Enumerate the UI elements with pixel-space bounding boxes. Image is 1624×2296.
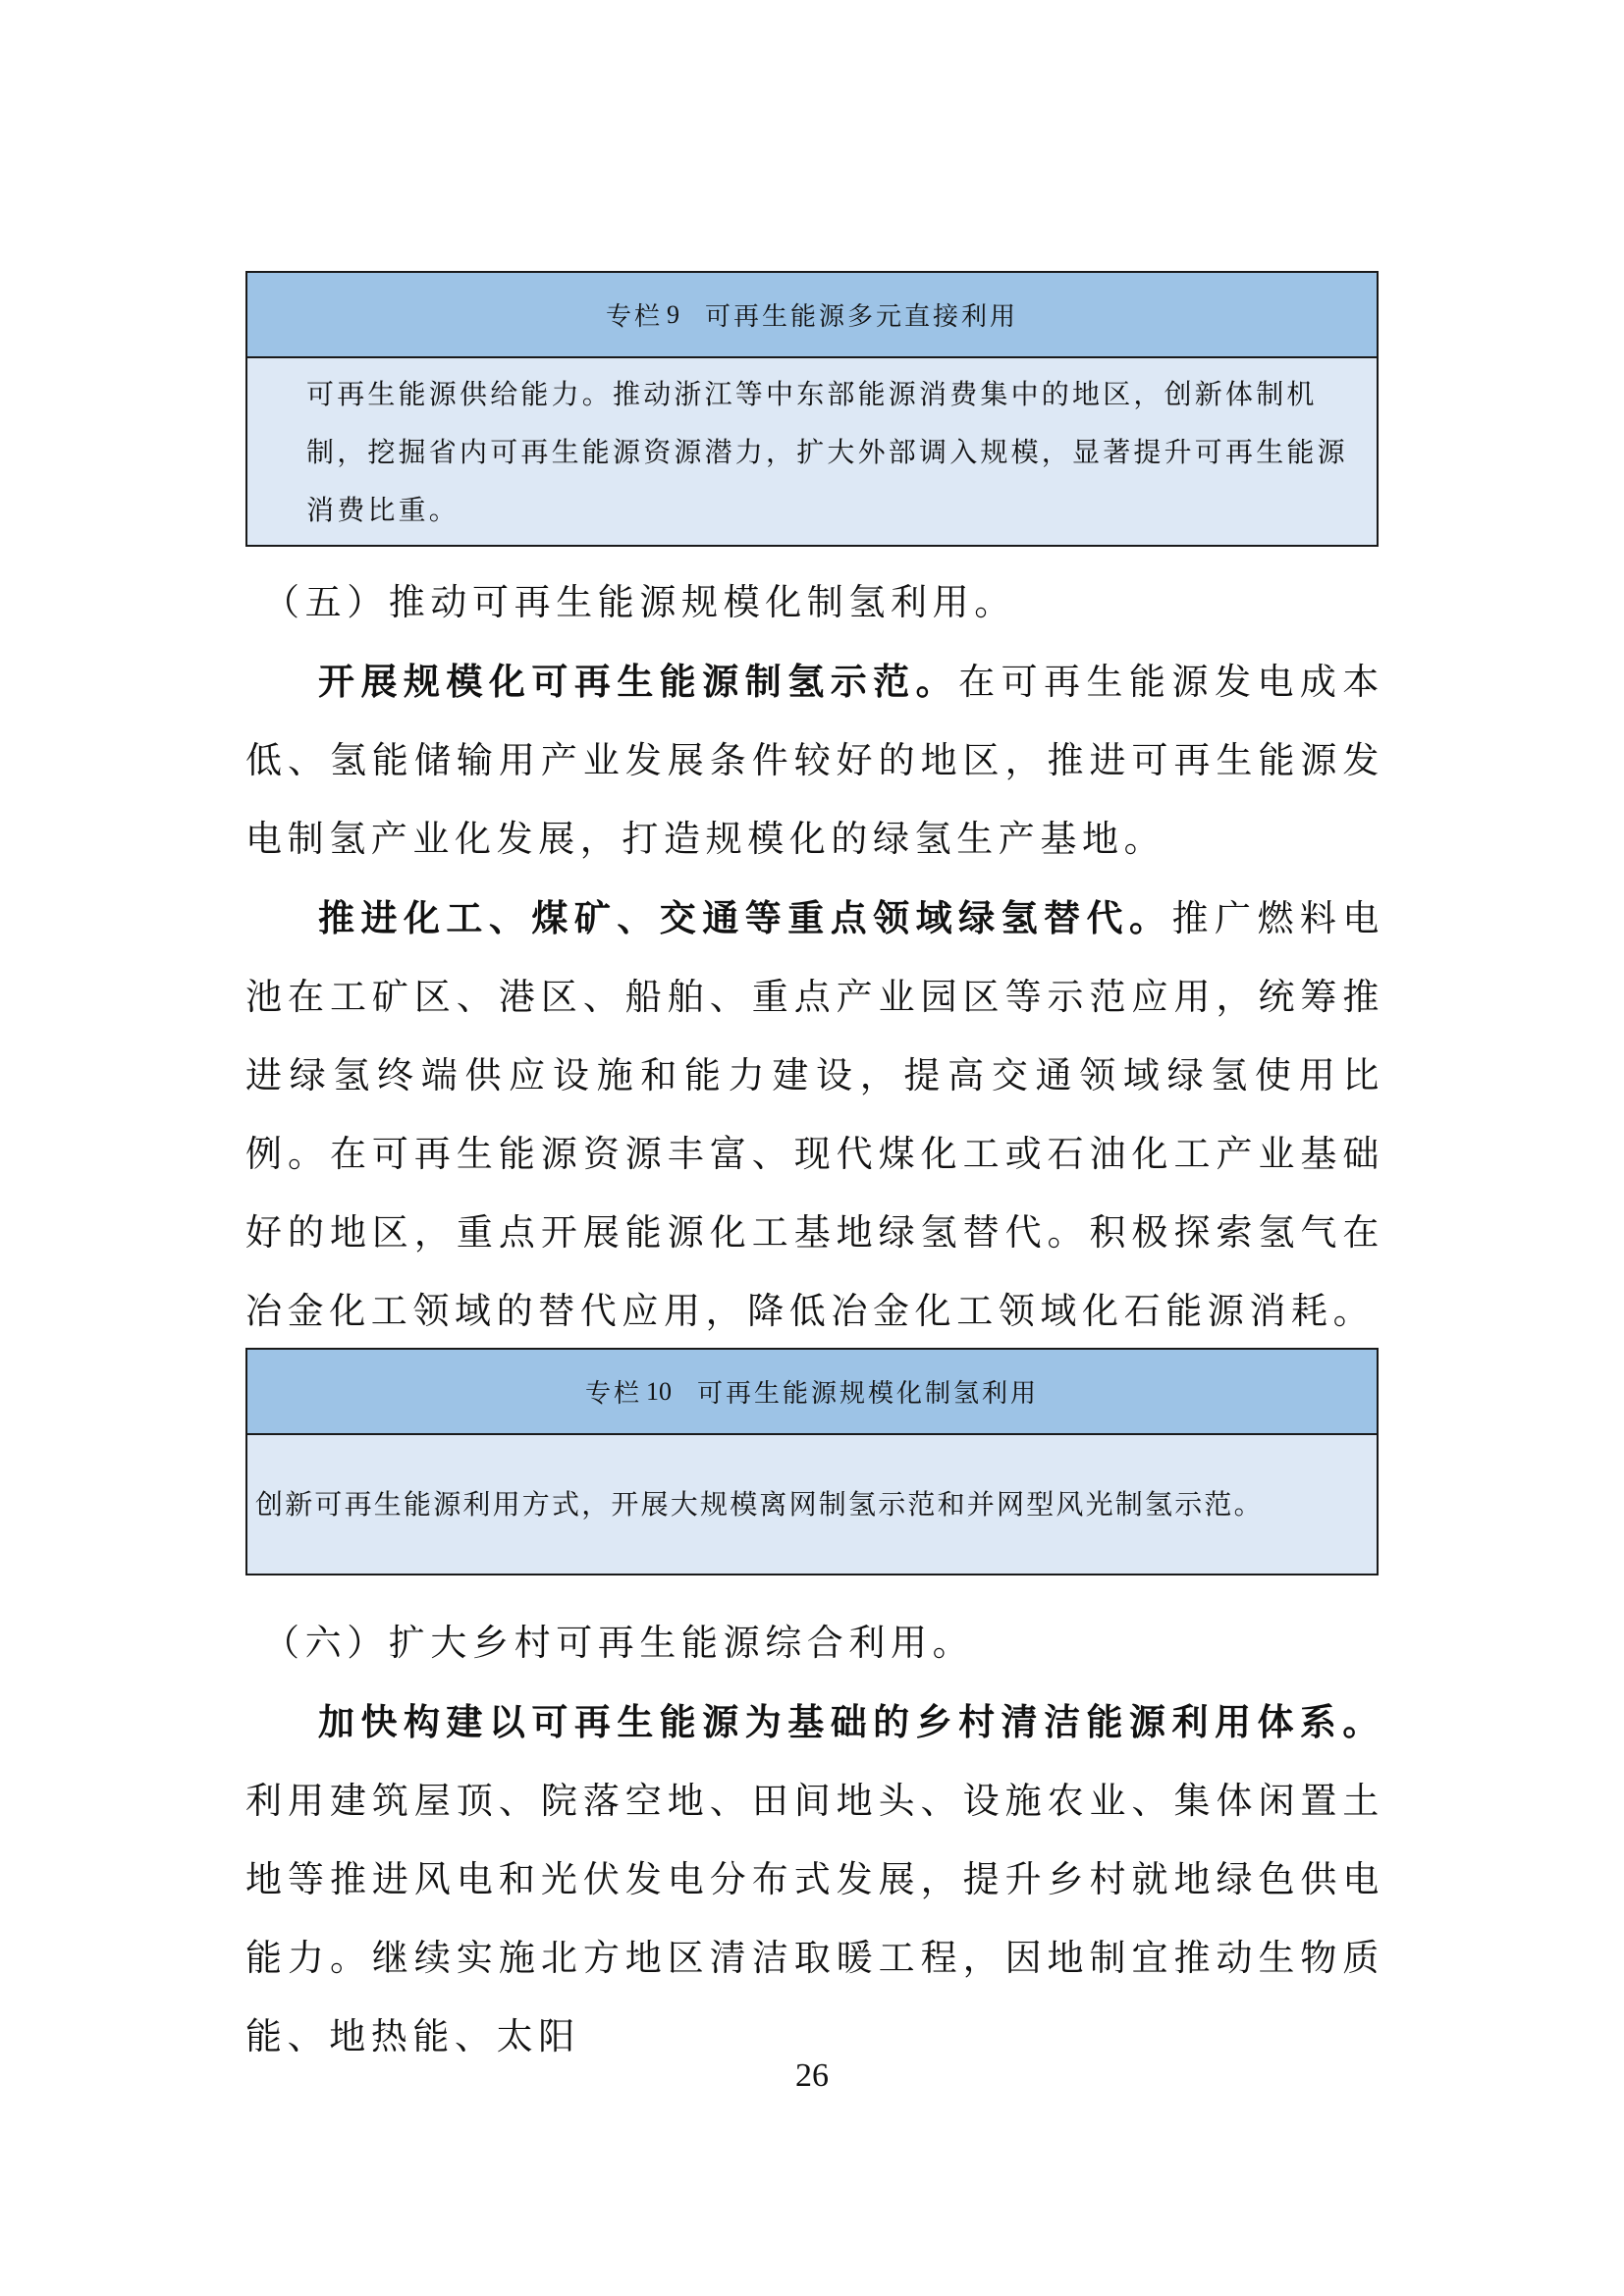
column-title: 可再生能源多元直接利用 bbox=[705, 296, 1018, 333]
column-box-10-header: 专栏 10 可再生能源规模化制氢利用 bbox=[247, 1350, 1377, 1435]
column-box-9-header: 专栏 9 可再生能源多元直接利用 bbox=[247, 273, 1377, 358]
paragraph-lead: 加快构建以可再生能源为基础的乡村清洁能源利用体系。 bbox=[318, 1700, 1384, 1743]
column-box-10-body: 创新可再生能源利用方式，开展大规模离网制氢示范和并网型风光制氢示范。 bbox=[247, 1435, 1377, 1574]
column-box-10: 专栏 10 可再生能源规模化制氢利用 创新可再生能源利用方式，开展大规模离网制氢… bbox=[245, 1348, 1379, 1575]
paragraph-lead: 推进化工、煤矿、交通等重点领域绿氢替代。 bbox=[318, 896, 1172, 939]
column-box-9-body: 可再生能源供给能力。推动浙江等中东部能源消费集中的地区，创新体制机制，挖掘省内可… bbox=[247, 358, 1377, 545]
section-5: （五）推动可再生能源规模化制氢利用。 开展规模化可再生能源制氢示范。在可再生能源… bbox=[245, 563, 1384, 1351]
page-number: 26 bbox=[0, 2057, 1624, 2095]
column-number: 9 bbox=[667, 300, 679, 330]
column-body-text: 创新可再生能源利用方式，开展大规模离网制氢示范和并网型风光制氢示范。 bbox=[255, 1475, 1264, 1533]
paragraph-text: 利用建筑屋顶、院落空地、田间地头、设施农业、集体闲置土地等推进风电和光伏发电分布… bbox=[245, 1780, 1384, 2057]
section-5-heading: （五）推动可再生能源规模化制氢利用。 bbox=[245, 563, 1384, 642]
paragraph: 开展规模化可再生能源制氢示范。在可再生能源发电成本低、氢能储输用产业发展条件较好… bbox=[245, 642, 1384, 879]
column-title: 可再生能源规模化制氢利用 bbox=[697, 1373, 1039, 1410]
paragraph-lead: 开展规模化可再生能源制氢示范。 bbox=[318, 660, 958, 703]
column-label: 专栏 bbox=[606, 296, 663, 333]
column-number: 10 bbox=[646, 1377, 672, 1407]
paragraph: 加快构建以可再生能源为基础的乡村清洁能源利用体系。利用建筑屋顶、院落空地、田间地… bbox=[245, 1682, 1384, 2076]
paragraph-text: 推广燃料电池在工矿区、港区、船舶、重点产业园区等示范应用，统筹推进绿氢终端供应设… bbox=[245, 897, 1384, 1332]
section-6: （六）扩大乡村可再生能源综合利用。 加快构建以可再生能源为基础的乡村清洁能源利用… bbox=[245, 1604, 1384, 2076]
paragraph: 推进化工、煤矿、交通等重点领域绿氢替代。推广燃料电池在工矿区、港区、船舶、重点产… bbox=[245, 879, 1384, 1351]
column-label: 专栏 bbox=[585, 1373, 642, 1410]
column-box-9: 专栏 9 可再生能源多元直接利用 可再生能源供给能力。推动浙江等中东部能源消费集… bbox=[245, 271, 1379, 547]
section-6-heading: （六）扩大乡村可再生能源综合利用。 bbox=[245, 1604, 1384, 1682]
document-page: 专栏 9 可再生能源多元直接利用 可再生能源供给能力。推动浙江等中东部能源消费集… bbox=[0, 0, 1624, 2296]
